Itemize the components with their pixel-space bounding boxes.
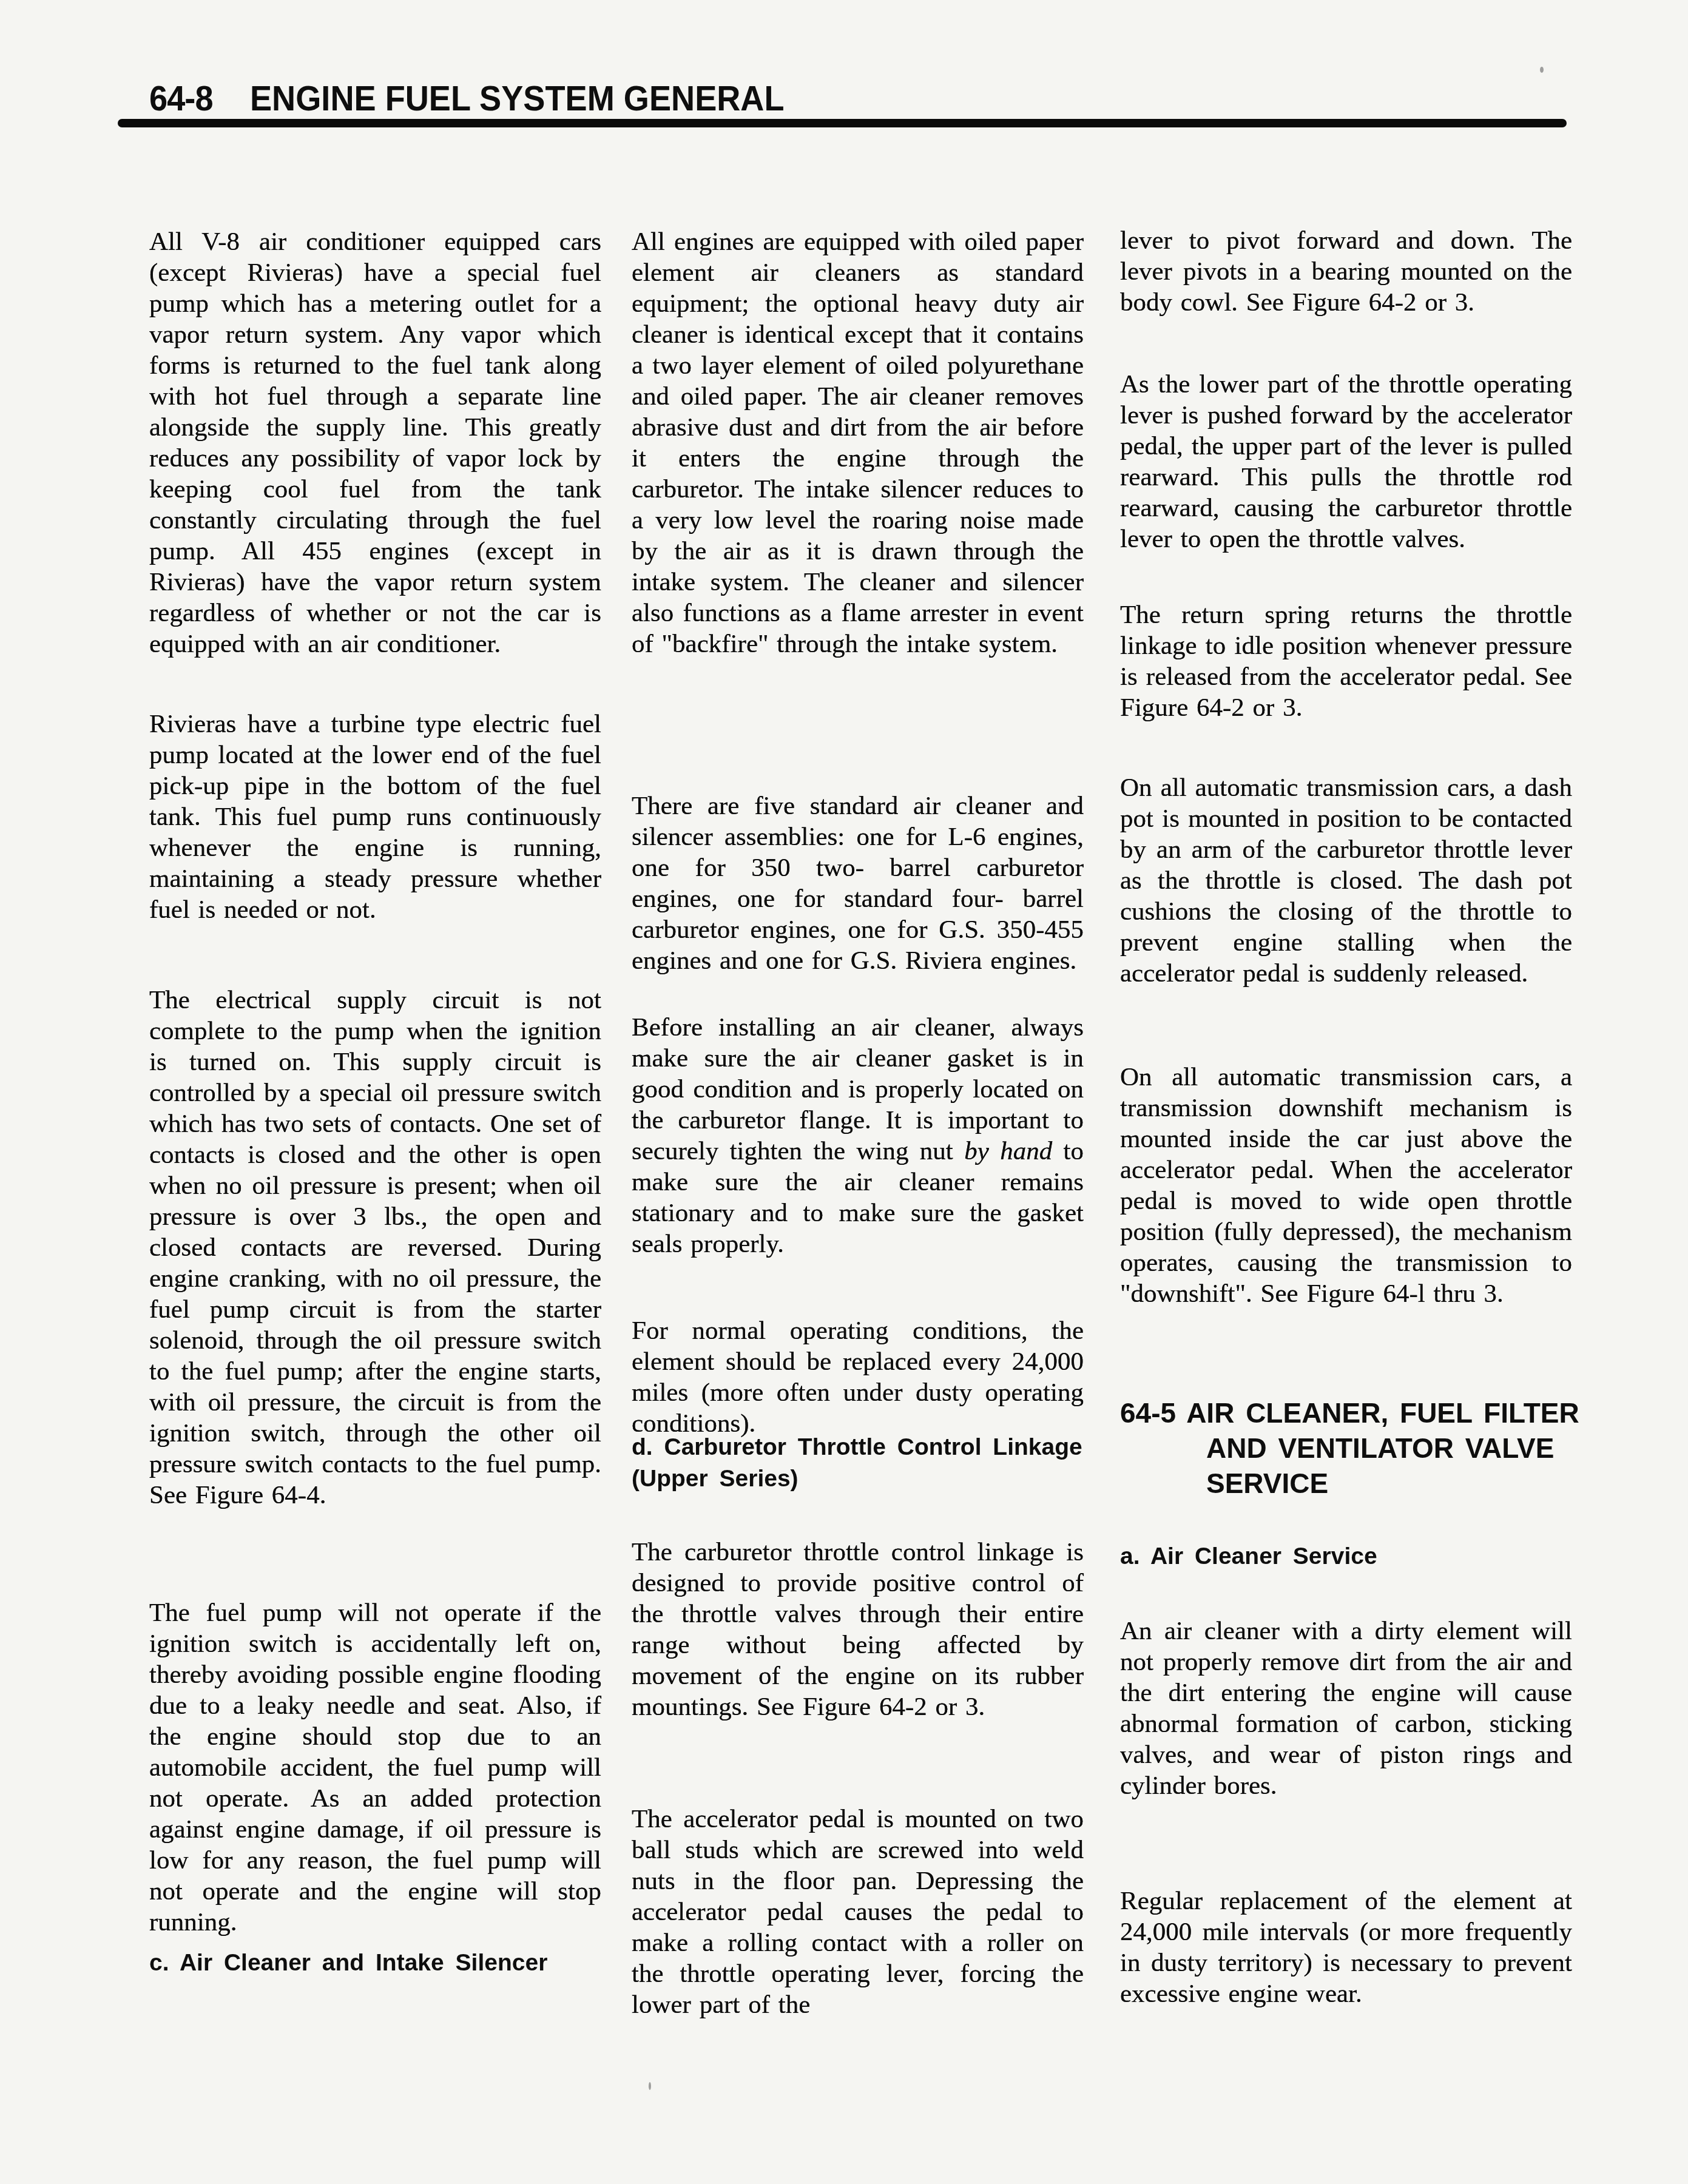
paragraph-return-spring: The return spring returns the throttle l… — [1120, 599, 1572, 723]
paragraph-fuel-pump-vapor-return: All V-8 air conditioner equipped cars (e… — [149, 226, 601, 659]
section-heading-d-throttle-control-linkage: d. Carburetor Throttle Control Linkage (… — [632, 1432, 1084, 1495]
heading-line: SERVICE — [1120, 1466, 1581, 1501]
paragraph-downshift-mechanism: On all automatic transmission cars, a tr… — [1120, 1062, 1572, 1309]
paragraph-before-installing: Before installing an air cleaner, always… — [632, 1012, 1084, 1259]
paragraph-pump-safety-operation: The fuel pump will not operate if the ig… — [149, 1597, 601, 1938]
paragraph-lever-pivot: lever to pivot forward and down. The lev… — [1120, 225, 1572, 318]
italic-by-hand: by hand — [964, 1137, 1052, 1165]
paragraph-throttle-operating-lever: As the lower part of the throttle operat… — [1120, 369, 1572, 554]
paragraph-element-replacement: For normal operating conditions, the ele… — [632, 1315, 1084, 1439]
paragraph-five-assemblies: There are five standard air cleaner and … — [632, 790, 1084, 976]
section-heading-a-air-cleaner-service: a. Air Cleaner Service — [1120, 1541, 1572, 1572]
column-2: All engines are equipped with oiled pape… — [632, 0, 1084, 2184]
paragraph-dash-pot: On all automatic transmission cars, a da… — [1120, 772, 1572, 989]
heading-line: d. Carburetor Throttle Control — [632, 1434, 981, 1460]
paragraph-throttle-linkage-design: The carburetor throttle control linkage … — [632, 1537, 1084, 1722]
paragraph-regular-replacement: Regular replacement of the element at 24… — [1120, 1886, 1572, 2009]
scan-speck — [1540, 67, 1544, 73]
paragraph-air-cleaner-equipment: All engines are equipped with oiled pape… — [632, 226, 1084, 659]
heading-line: 64-5 AIR CLEANER, FUEL FILTER — [1120, 1395, 1581, 1431]
manual-page: 64-8 ENGINE FUEL SYSTEM GENERAL All V-8 … — [0, 0, 1688, 2184]
column-1: All V-8 air conditioner equipped cars (e… — [149, 0, 601, 2184]
paragraph-dirty-element: An air cleaner with a dirty element will… — [1120, 1616, 1572, 1801]
paragraph-accelerator-pedal: The accelerator pedal is mounted on two … — [632, 1804, 1084, 2020]
column-3: lever to pivot forward and down. The lev… — [1120, 0, 1572, 2184]
scan-speck — [649, 2082, 651, 2090]
paragraph-riviera-electric-pump: Rivieras have a turbine type electric fu… — [149, 709, 601, 925]
section-heading-64-5-air-cleaner-service: 64-5 AIR CLEANER, FUEL FILTER AND VENTIL… — [1120, 1395, 1581, 1501]
paragraph-electrical-supply-circuit: The electrical supply circuit is not com… — [149, 985, 601, 1511]
section-heading-c-air-cleaner-intake-silencer: c. Air Cleaner and Intake Silencer — [149, 1947, 601, 1979]
heading-line: AND VENTILATOR VALVE — [1120, 1431, 1581, 1466]
